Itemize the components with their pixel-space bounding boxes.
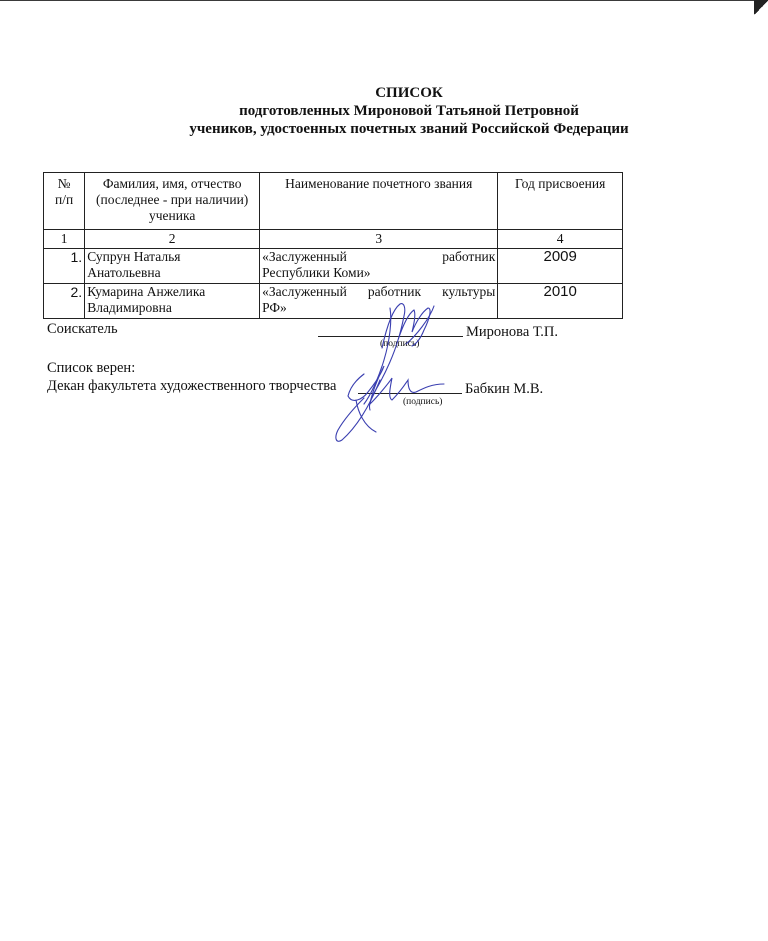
title-subtitle-line1: подготовленных Мироновой Татьяной Петров… [50,102,768,120]
student-name-line2: Анатольевна [87,265,257,281]
scan-corner [754,0,768,16]
column-header-name: Фамилия, имя, отчество (последнее - при … [85,173,260,230]
applicant-signature-caption: (подпись) [380,339,419,349]
student-name-line1: Супрун Наталья [87,249,257,265]
column-header-number-line2: п/п [46,192,82,208]
applicant-name: Миронова Т.П. [466,324,558,341]
honorary-title-line2: РФ» [262,300,495,316]
honorary-title-word: культуры [442,284,495,300]
row-number: 1. [44,249,85,284]
applicant-label: Соискатель [47,321,118,338]
student-name-line1: Кумарина Анжелика [87,284,257,300]
table-row: 1. Супрун Наталья Анатольевна «Заслуженн… [44,249,623,284]
column-header-year: Год присвоения [498,173,623,230]
column-number: 4 [498,230,623,249]
handwritten-signature-icon [320,300,460,450]
honorary-title: «Заслуженный работник культуры РФ» [260,284,498,319]
dean-signature-caption: (подпись) [403,397,442,407]
honorary-title-word: работник [368,284,421,300]
honorary-title-line1: «Заслуженный работник культуры [262,284,495,300]
column-number: 2 [85,230,260,249]
signature-strokes [336,304,444,442]
student-name: Супрун Наталья Анатольевна [85,249,260,284]
table-header-row: № п/п Фамилия, имя, отчество (последнее … [44,173,623,230]
student-name-line2: Владимировна [87,300,257,316]
award-year: 2009 [498,249,623,284]
honorary-title-line2: Республики Коми» [262,265,495,281]
honorary-title-word: работник [442,249,495,265]
honorary-title-line1: «Заслуженный работник [262,249,495,265]
applicant-signature-line [318,336,463,337]
column-header-number: № п/п [44,173,85,230]
column-numbers-row: 1 2 3 4 [44,230,623,249]
dean-signature-line [358,393,462,394]
scan-edge [0,0,768,16]
verified-label: Список верен: [47,360,135,377]
honorary-title-word: «Заслуженный [262,284,347,300]
title-heading: СПИСОК [50,84,768,102]
column-header-title: Наименование почетного звания [260,173,498,230]
students-table: № п/п Фамилия, имя, отчество (последнее … [43,172,623,319]
dean-name: Бабкин М.В. [465,381,543,398]
document-title: СПИСОК подготовленных Мироновой Татьяной… [0,84,768,138]
dean-label: Декан факультета художественного творчес… [47,378,336,395]
student-name: Кумарина Анжелика Владимировна [85,284,260,319]
honorary-title: «Заслуженный работник Республики Коми» [260,249,498,284]
award-year: 2010 [498,284,623,319]
column-number: 3 [260,230,498,249]
column-header-number-line1: № [46,176,82,192]
table-row: 2. Кумарина Анжелика Владимировна «Заслу… [44,284,623,319]
row-number: 2. [44,284,85,319]
honorary-title-word: «Заслуженный [262,249,347,265]
column-number: 1 [44,230,85,249]
title-subtitle-line2: учеников, удостоенных почетных званий Ро… [50,120,768,138]
